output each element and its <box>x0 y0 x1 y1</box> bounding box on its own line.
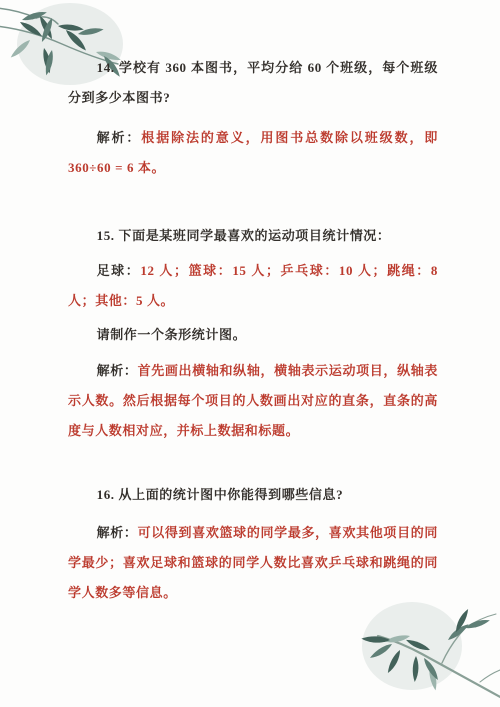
question-15-text: 15. 下面是某班同学最喜欢的运动项目统计情况： <box>97 228 391 243</box>
question-15: 15. 下面是某班同学最喜欢的运动项目统计情况： <box>68 221 438 251</box>
question-16-text: 16. 从上面的统计图中你能得到哪些信息? <box>97 487 344 502</box>
document-content: 14. 学校有 360 本图书，平均分给 60 个班级，每个班级分到多少本图书?… <box>68 53 438 608</box>
analysis-label: 解析： <box>97 363 138 378</box>
data-label: 足球： <box>97 263 141 278</box>
question-15-task-text: 请制作一个条形统计图。 <box>97 327 247 342</box>
question-16: 16. 从上面的统计图中你能得到哪些信息? <box>68 480 438 510</box>
bamboo-stems <box>378 614 500 698</box>
question-15-data: 足球：12 人；篮球：15 人；乒乓球：10 人；跳绳：8 人；其他：5 人。 <box>68 256 438 316</box>
worksheet-page: 14. 学校有 360 本图书，平均分给 60 个班级，每个班级分到多少本图书?… <box>0 0 500 707</box>
question-14: 14. 学校有 360 本图书，平均分给 60 个班级，每个班级分到多少本图书? <box>68 53 438 113</box>
question-16-analysis: 解析：可以得到喜欢篮球的同学最多，喜欢其他项目的同学最少；喜欢足球和篮球的同学人… <box>68 518 438 608</box>
question-15-task: 请制作一个条形统计图。 <box>68 320 438 350</box>
moon-circle <box>362 602 462 690</box>
question-14-text: 14. 学校有 360 本图书，平均分给 60 个班级，每个班级分到多少本图书? <box>68 60 438 105</box>
question-15-analysis: 解析：首先画出横轴和纵轴，横轴表示运动项目，纵轴表示人数。然后根据每个项目的人数… <box>68 356 438 446</box>
question-14-analysis: 解析：根据除法的意义，用图书总数除以班级数，即 360÷60 = 6 本。 <box>68 123 438 183</box>
analysis-label: 解析： <box>97 130 142 145</box>
bamboo-leaves <box>361 608 490 691</box>
analysis-label: 解析： <box>97 525 138 540</box>
